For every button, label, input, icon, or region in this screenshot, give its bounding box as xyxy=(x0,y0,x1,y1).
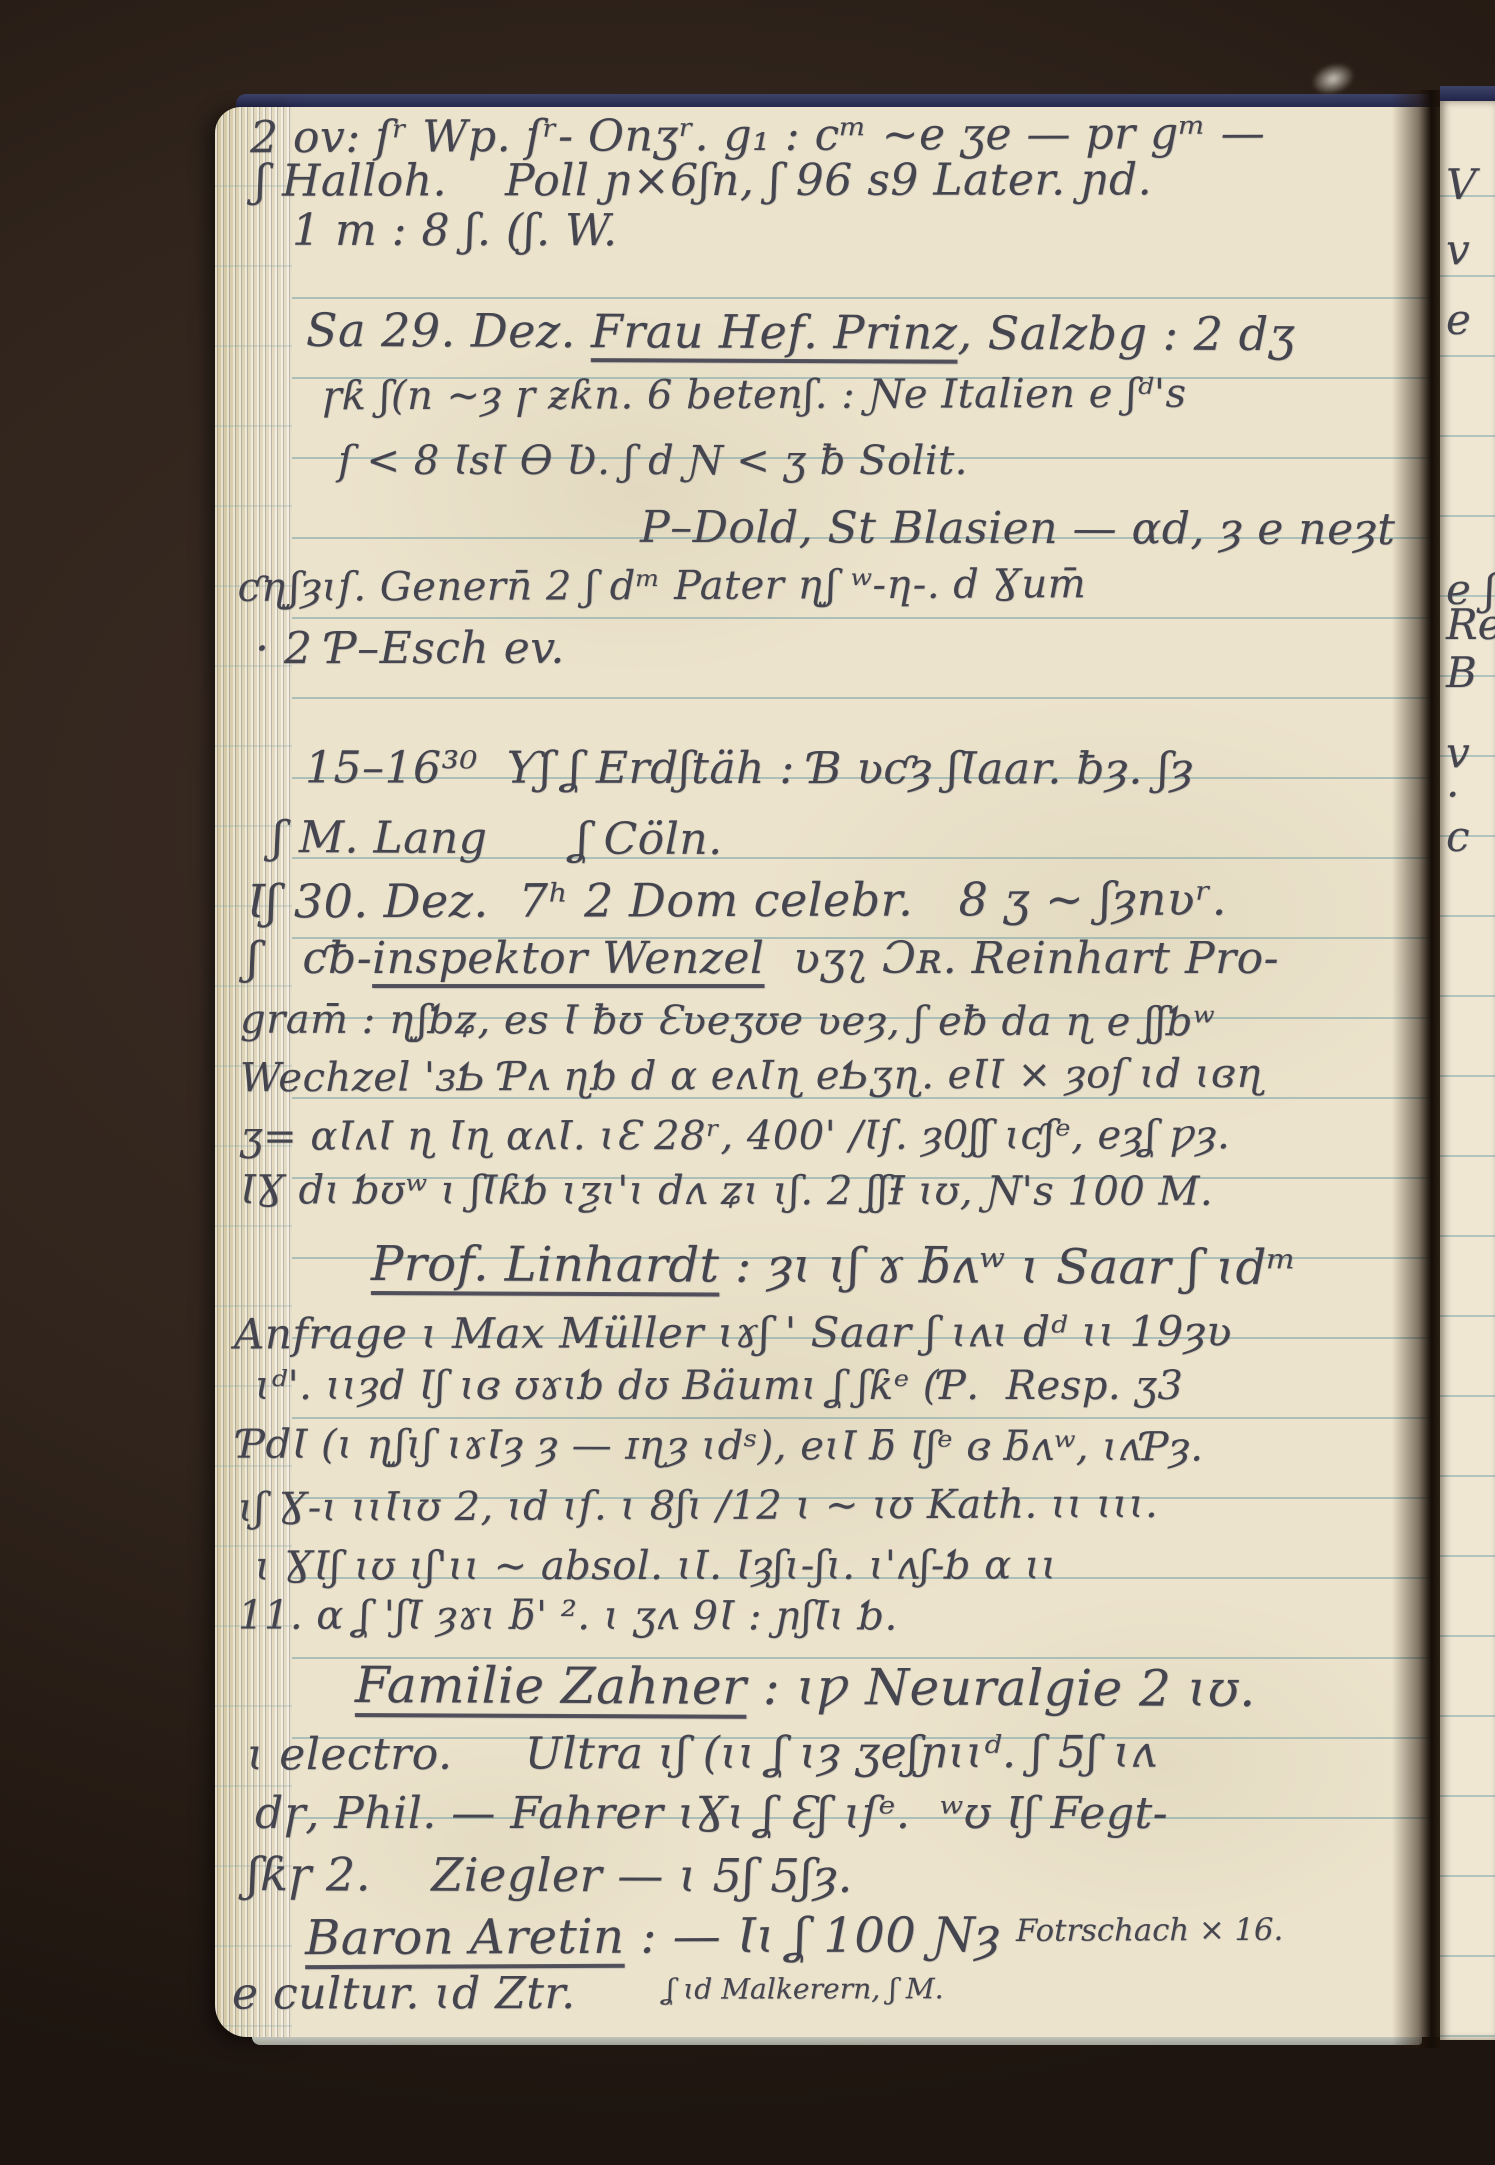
handwriting-text: ſ < 8 ƖsƖ Ɵ Ʋ. ʃ d Ɲ < ʒ ƀ Solit. xyxy=(338,438,968,484)
underlined-name: inspektor Wenzel xyxy=(372,933,764,984)
handwriting-line: ƈɳʃȝɩſ. Genern̄ 2 ʃ dᵐ Pater ɳʃ ʷ-ƞ-. d … xyxy=(238,561,1086,611)
handwriting-line: 1 m : 8 ʃ. (ʃ. W. xyxy=(292,205,618,256)
facing-page-handwriting-fragment: Re xyxy=(1446,600,1495,649)
handwriting-text: ɼƙ ʃ(n ~ȝ ɼ ƶƙn. 6 betenʃ. : Ɲe Italien … xyxy=(322,371,1187,420)
notebook-scan-backdrop: 2 ov: ſʳ Wp. ſʳ- Onʒʳ. g₁ : cᵐ ~e ʒe — p… xyxy=(0,0,1495,2165)
handwriting-line: ʒ= ɑƖʌƖ ɳ Ɩɳ ɑʌƖ. ɩƐ 28ʳ, 400' /Ɩſ. ȝ0ʃʃ… xyxy=(240,1112,1230,1159)
handwriting-line: ɩʃ Ɣ-ɩ ɩɩƖɩʊ 2, ɩd ɩſ. ɩ 8ʃɩ /12 ɩ ~ ɩʊ … xyxy=(238,1481,1158,1531)
handwriting-layer: 2 ov: ſʳ Wp. ſʳ- Onʒʳ. g₁ : cᵐ ~e ʒe — p… xyxy=(0,0,1495,2165)
handwriting-line: ʃƙɼ 2. Ziegler — ɩ 5ʃ 5ʃȝ. xyxy=(247,1847,853,1903)
facing-page-handwriting-fragment: v xyxy=(1446,225,1470,274)
handwriting-line: e cultur. ɩd Ztr. ʆ ɩd Malkerern, ʃ M. xyxy=(232,1967,944,2019)
handwriting-line: · 2 Ƥ–Esch ev. xyxy=(255,623,565,674)
handwriting-text: 11. ɑ ʆ 'ʃƖ ȝɤɩ ƃ' ². ɩ ʒʌ 9Ɩ : ɲʃƖɩ ƅ. xyxy=(238,1593,898,1640)
handwriting-text: ʋʒʅ Ɔʀ. Reinhart Pro- xyxy=(764,933,1279,984)
handwriting-line: 11. ɑ ʆ 'ʃƖ ȝɤɩ ƃ' ². ɩ ʒʌ 9Ɩ : ɲʃƖɩ ƅ. xyxy=(238,1593,898,1640)
underlined-name: Prof. Linhardt xyxy=(371,1236,720,1294)
handwriting-text: ʃ ƈƀ- xyxy=(247,933,372,984)
handwriting-text: · 2 Ƥ–Esch ev. xyxy=(255,623,565,674)
handwriting-line: ɩ electro. Ultra ɩʃ (ɩɩ ʆ ɩȝ ʒeʃɲɩɩᵈ. ʃ … xyxy=(247,1727,1157,1781)
handwriting-text: Anfrage ɩ Max Müller ɩɤʃ ' Saar ʃ ɩʌɩ dᵈ… xyxy=(234,1307,1232,1359)
underlined-name: Familie Zahner xyxy=(355,1656,747,1716)
handwriting-text: Sa 29. Dez. xyxy=(306,303,591,358)
handwriting-text: ʃƙɼ 2. Ziegler — ɩ 5ʃ 5ʃȝ. xyxy=(247,1847,853,1903)
facing-page-handwriting-fragment: B xyxy=(1446,648,1477,697)
facing-page-handwriting-fragment: e xyxy=(1446,295,1471,344)
handwriting-text: 15–16³⁰ Ƴʃ ʆ Erdʃtäh : Ɓ ʋƈȝ ʃƖaar. ƀȝ. … xyxy=(305,742,1193,794)
handwriting-text: : — Ɩɩ ʆ 100 Ɲȝ xyxy=(624,1907,1016,1965)
handwriting-line: Prof. Linhardt : ȝɩ ɩʃ ɤ ƃʌʷ ɩ Saar ʃ ɩd… xyxy=(371,1236,1297,1296)
handwriting-text: ƖƔ dɩ ƅʊʷ ɩ ʃƖƙƅ ɩƺɩ'ɩ dʌ ʑɩ ɩʃ. 2 ʃʃƗ ɩ… xyxy=(240,1167,1213,1214)
handwriting-line: 15–16³⁰ Ƴʃ ʆ Erdʃtäh : Ɓ ʋƈȝ ʃƖaar. ƀȝ. … xyxy=(305,742,1193,794)
handwriting-text: ʒ= ɑƖʌƖ ɳ Ɩɳ ɑʌƖ. ɩƐ 28ʳ, 400' /Ɩſ. ȝ0ʃʃ… xyxy=(240,1112,1230,1159)
handwriting-text: , Salzbg : 2 dʒ xyxy=(957,306,1295,361)
handwriting-line: Wechzel 'ɜƄ Ƥʌ ɳƅ d ɑ eʌƖɳ eƄʒɳ. eƖƖ × ȝ… xyxy=(240,1051,1264,1101)
handwriting-line: ʃ M. Lang ʆ Cöln. xyxy=(272,812,723,865)
facing-page-handwriting-fragment: V xyxy=(1446,160,1476,209)
handwriting-line: gram̄ : ɳʃƅʑ, es Ɩ ƀʊ Ɛʋeʒʊe ʋeȝ, ʃ eƀ d… xyxy=(240,997,1215,1046)
handwriting-annotation: Fotrschach × 16. xyxy=(1016,1912,1283,1949)
handwriting-text: gram̄ : ɳʃƅʑ, es Ɩ ƀʊ Ɛʋeʒʊe ʋeȝ, ʃ eƀ d… xyxy=(240,997,1215,1046)
handwriting-text: : ɩƿ Neuralgie 2 ɩʊ. xyxy=(746,1658,1256,1718)
handwriting-text: P–Dold, St Blasien — ɑd, ȝ e neȝt xyxy=(640,502,1396,555)
handwriting-text: ƈɳʃȝɩſ. Genern̄ 2 ʃ dᵐ Pater ɳʃ ʷ-ƞ-. d … xyxy=(238,561,1086,611)
handwriting-text: Wechzel 'ɜƄ Ƥʌ ɳƅ d ɑ eʌƖɳ eƄʒɳ. eƖƖ × ȝ… xyxy=(240,1051,1264,1101)
handwriting-text: ʃ Halloh. Poll ɲ×6ʃn, ʃ 96 s9 Later. ɲd. xyxy=(255,154,1152,206)
underlined-name: Baron Aretin xyxy=(305,1909,625,1966)
handwriting-line: ƖƔ dɩ ƅʊʷ ɩ ʃƖƙƅ ɩƺɩ'ɩ dʌ ʑɩ ɩʃ. 2 ʃʃƗ ɩ… xyxy=(240,1167,1213,1214)
handwriting-text: e cultur. ɩd Ztr. xyxy=(232,1968,576,2019)
handwriting-line: ɩᵈ'. ɩɩȝd Ɩʃ ɩɞ ʊɤɩƅ dʊ Bäumɩ ʆ ʃƙᵉ (Ƥ. … xyxy=(255,1363,1183,1409)
handwriting-line: Sa 29. Dez. Frau Hef. Prinz, Salzbg : 2 … xyxy=(306,303,1295,361)
underlined-name: Frau Hef. Prinz xyxy=(591,304,958,360)
handwriting-text: dɼ, Phil. — Fahrer ɩƔɩ ʆ Ɛʃ ɩſᵉ. ʷʊ Ɩʃ F… xyxy=(255,1788,1168,1839)
handwriting-text: 1 m : 8 ʃ. (ʃ. W. xyxy=(292,205,618,256)
handwriting-line: Anfrage ɩ Max Müller ɩɤʃ ' Saar ʃ ɩʌɩ dᵈ… xyxy=(234,1307,1232,1359)
handwriting-line: ʃ ƈƀ-inspektor Wenzel ʋʒʅ Ɔʀ. Reinhart P… xyxy=(247,933,1279,984)
handwriting-line: ɩ ƔƖʃ ɩʊ ɩʃ'ɩɩ ~ absol. ɩƖ. Ɩȝʃɩ-ʃɩ. ɩ'ʌ… xyxy=(255,1542,1057,1589)
handwriting-line: Baron Aretin : — Ɩɩ ʆ 100 Ɲȝ Fotrschach … xyxy=(305,1906,1284,1966)
handwriting-line: ɼƙ ʃ(n ~ȝ ɼ ƶƙn. 6 betenʃ. : Ɲe Italien … xyxy=(322,371,1187,420)
handwriting-text: ƤdƖ (ɩ ɳʃɩʃ ɩɤƖȝ ȝ — ɪɳȝ ɩdˢ), eɩƖ ƃ Ɩʃᵉ… xyxy=(238,1422,1204,1471)
handwriting-line: ʃ Halloh. Poll ɲ×6ʃn, ʃ 96 s9 Later. ɲd. xyxy=(255,154,1152,206)
handwriting-line: ſ < 8 ƖsƖ Ɵ Ʋ. ʃ d Ɲ < ʒ ƀ Solit. xyxy=(338,438,968,484)
handwriting-text: ʃ M. Lang ʆ Cöln. xyxy=(272,812,723,865)
handwriting-text: ɩʃ Ɣ-ɩ ɩɩƖɩʊ 2, ɩd ɩſ. ɩ 8ʃɩ /12 ɩ ~ ɩʊ … xyxy=(238,1481,1158,1531)
handwriting-line: P–Dold, St Blasien — ɑd, ȝ e neȝt xyxy=(640,502,1396,555)
handwriting-line: Ɩʃ 30. Dez. 7ʰ 2 Dom celebr. 8 ʒ ~ ʃȝnʋʳ… xyxy=(247,872,1227,929)
handwriting-text: ɩᵈ'. ɩɩȝd Ɩʃ ɩɞ ʊɤɩƅ dʊ Bäumɩ ʆ ʃƙᵉ (Ƥ. … xyxy=(255,1363,1183,1409)
facing-page-handwriting-fragment: c xyxy=(1446,812,1470,861)
handwriting-line: Familie Zahner : ɩƿ Neuralgie 2 ɩʊ. xyxy=(355,1656,1256,1718)
handwriting-line: dɼ, Phil. — Fahrer ɩƔɩ ʆ Ɛʃ ɩſᵉ. ʷʊ Ɩʃ F… xyxy=(255,1788,1168,1839)
handwriting-text: : ȝɩ ɩʃ ɤ ƃʌʷ ɩ Saar ʃ ɩdᵐ xyxy=(719,1238,1297,1297)
handwriting-text: Ɩʃ 30. Dez. 7ʰ 2 Dom celebr. 8 ʒ ~ ʃȝnʋʳ… xyxy=(247,872,1227,929)
handwriting-annotation: ʆ ɩd Malkerern, ʃ M. xyxy=(576,1972,944,2006)
handwriting-line: ƤdƖ (ɩ ɳʃɩʃ ɩɤƖȝ ȝ — ɪɳȝ ɩdˢ), eɩƖ ƃ Ɩʃᵉ… xyxy=(238,1422,1204,1471)
handwriting-text: ɩ ƔƖʃ ɩʊ ɩʃ'ɩɩ ~ absol. ɩƖ. Ɩȝʃɩ-ʃɩ. ɩ'ʌ… xyxy=(255,1542,1057,1589)
handwriting-text: ɩ electro. Ultra ɩʃ (ɩɩ ʆ ɩȝ ʒeʃɲɩɩᵈ. ʃ … xyxy=(247,1727,1157,1781)
